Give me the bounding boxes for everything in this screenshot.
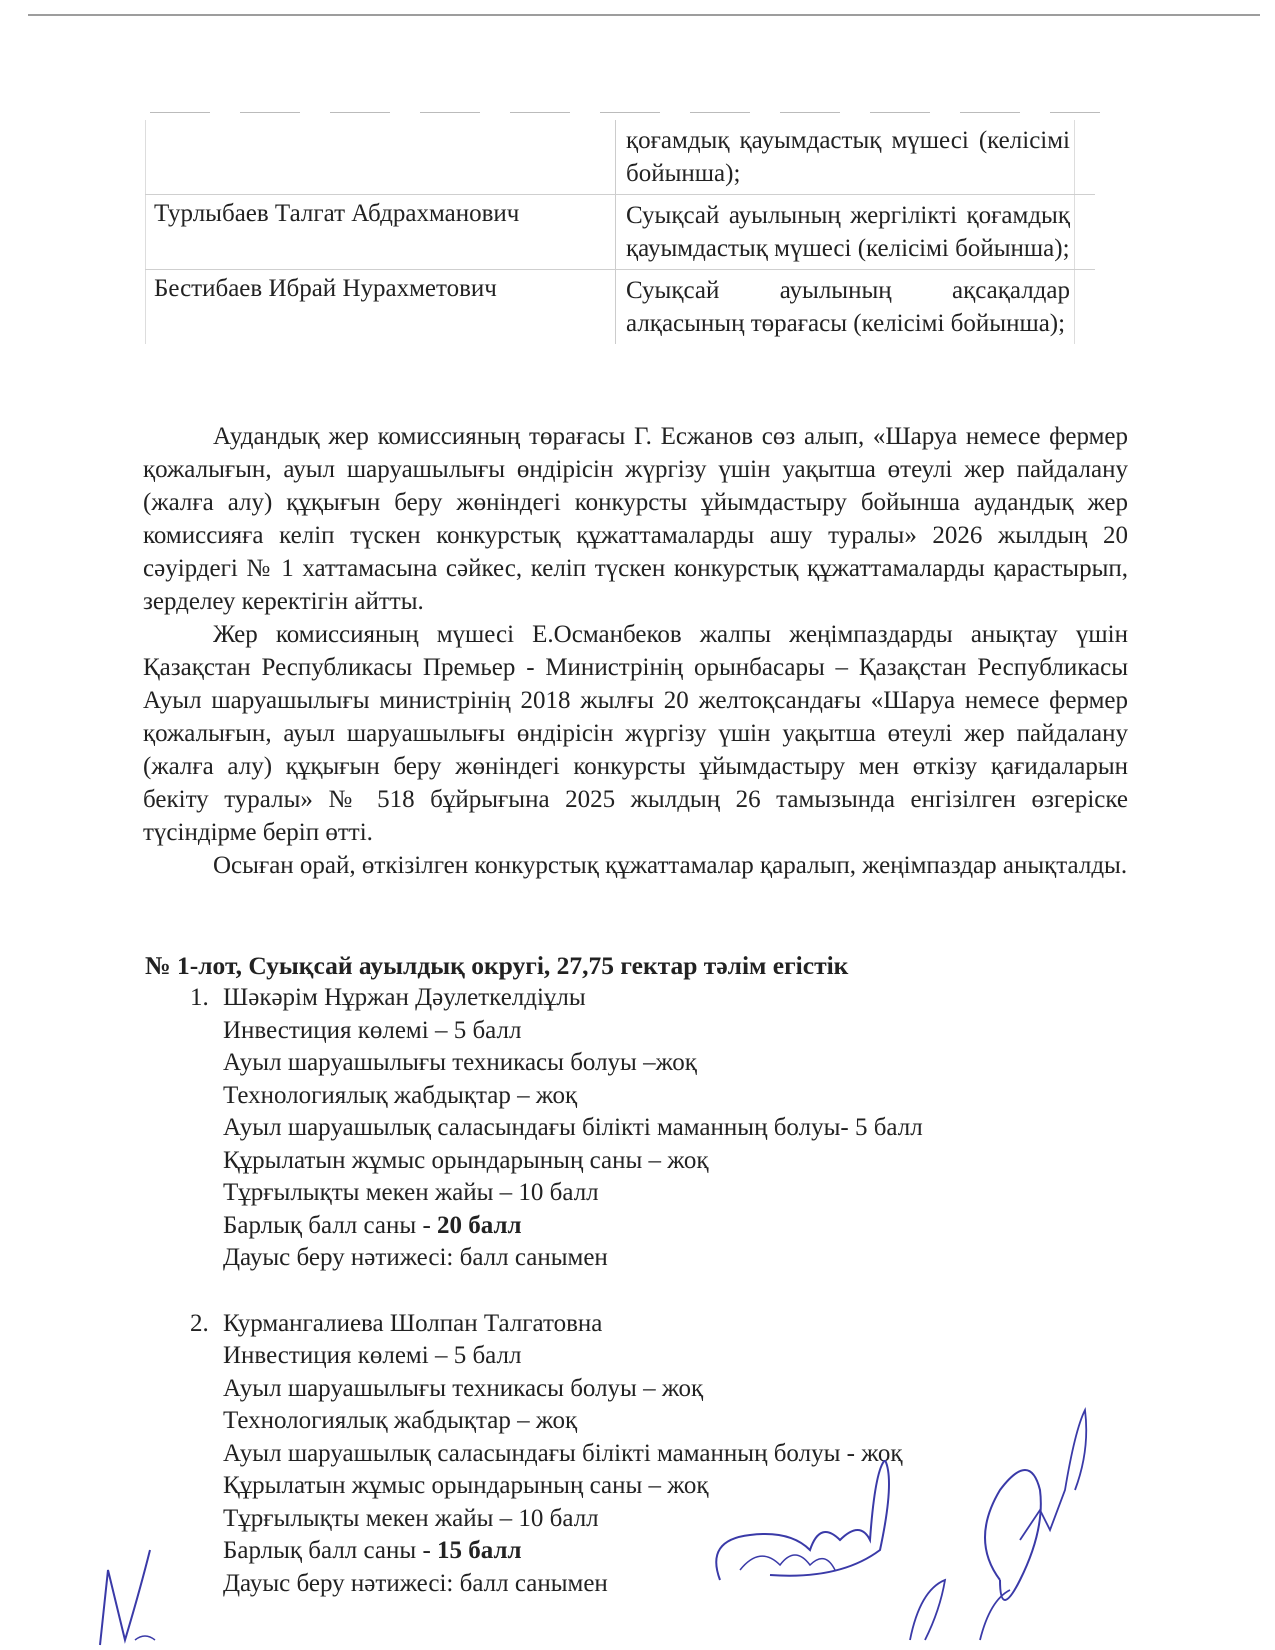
paragraph-chair-statement: Аудандық жер комиссияның төрағасы Г. Есж… <box>143 420 1128 618</box>
paragraph-member-explanation: Жер комиссияның мүшесі Е.Османбеков жалп… <box>143 618 1128 849</box>
criterion: Инвестиция көлемі – 5 балл <box>223 1340 1145 1373</box>
applicant-item: Шәкәрім Нұржан Дәулеткелдіұлы Инвестиция… <box>215 982 1145 1275</box>
applicant-name: Курмангалиева Шолпан Талгатовна <box>223 1308 1145 1341</box>
total-value: 20 балл <box>437 1212 522 1239</box>
signature-3-icon <box>960 1400 1100 1650</box>
member-role: Суықсай ауылының жергілікті қоғамдық қау… <box>615 195 1075 269</box>
criterion: Инвестиция көлемі – 5 балл <box>223 1015 1145 1048</box>
member-role: Суықсай ауылының ақсақалдар алқасының тө… <box>615 270 1075 344</box>
total-label: Барлық балл саны - <box>223 1212 437 1239</box>
total-score: Барлық балл саны - 20 балл <box>223 1210 1145 1243</box>
criterion: Ауыл шаруашылық саласындағы білікті мама… <box>223 1112 1145 1145</box>
total-label: Барлық балл саны - <box>223 1537 437 1564</box>
criterion: Технологиялық жабдықтар – жоқ <box>223 1080 1145 1113</box>
signature-2-icon <box>700 1460 960 1650</box>
member-role: қоғамдық қауымдастық мүшесі (келісімі бо… <box>615 120 1075 194</box>
committee-members-table: қоғамдық қауымдастық мүшесі (келісімі бо… <box>145 120 1095 344</box>
criterion: Құрылатын жұмыс орындарының саны – жоқ <box>223 1145 1145 1178</box>
member-name: Бестибаев Ибрай Нурахметович <box>145 270 615 344</box>
scan-top-edge <box>28 14 1260 16</box>
table-row: Турлыбаев Талгат Абдрахманович Суықсай а… <box>145 194 1095 269</box>
criterion: Тұрғылықты мекен жайы – 10 балл <box>223 1177 1145 1210</box>
table-row: Бестибаев Ибрай Нурахметович Суықсай ауы… <box>145 269 1095 344</box>
minutes-body: Аудандық жер комиссияның төрағасы Г. Есж… <box>143 420 1128 882</box>
lot-title: № 1-лот, Суықсай ауылдық округі, 27,75 г… <box>145 950 1145 982</box>
vote-result: Дауыс беру нәтижесі: балл санымен <box>223 1242 1145 1275</box>
criterion: Ауыл шаруашылығы техникасы болуы –жоқ <box>223 1047 1145 1080</box>
table-top-border <box>150 112 1100 113</box>
signature-1-icon <box>80 1530 200 1650</box>
total-value: 15 балл <box>437 1537 522 1564</box>
paragraph-conclusion: Осыған орай, өткізілген конкурстық құжат… <box>143 849 1128 882</box>
table-row: қоғамдық қауымдастық мүшесі (келісімі бо… <box>145 120 1095 194</box>
applicant-name: Шәкәрім Нұржан Дәулеткелдіұлы <box>223 982 1145 1015</box>
member-name <box>145 120 615 194</box>
member-name: Турлыбаев Талгат Абдрахманович <box>145 195 615 269</box>
